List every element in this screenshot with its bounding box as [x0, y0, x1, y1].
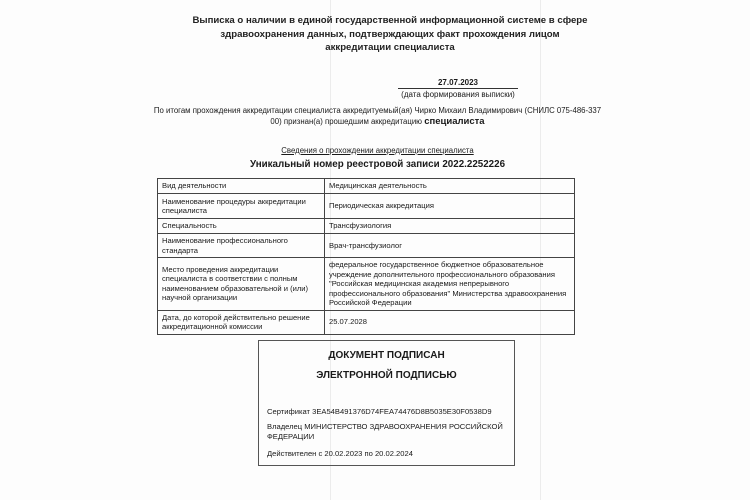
- certificate-number: Сертификат 3EA54B491376D74FEA74476D8B503…: [267, 407, 507, 417]
- row-key: Вид деятельности: [158, 179, 325, 194]
- row-key: Наименование процедуры аккредитации спец…: [158, 194, 325, 219]
- row-value: федеральное государственное бюджетное об…: [325, 258, 575, 311]
- table-row: Наименование процедуры аккредитации спец…: [158, 194, 575, 219]
- section-heading: Сведения о прохождении аккредитации спец…: [150, 146, 605, 155]
- electronic-signature-stamp: ДОКУМЕНТ ПОДПИСАН ЭЛЕКТРОННОЙ ПОДПИСЬЮ С…: [258, 340, 515, 466]
- intro-emphasis: специалиста: [424, 116, 484, 127]
- table-row: Наименование профессионального стандарта…: [158, 234, 575, 258]
- scanned-document-page: Выписка о наличии в единой государственн…: [0, 0, 750, 500]
- intro-text: По итогам прохождения аккредитации специ…: [154, 106, 601, 126]
- document-title: Выписка о наличии в единой государственн…: [190, 14, 590, 55]
- row-key: Специальность: [158, 219, 325, 234]
- date-block: 27.07.2023 (дата формирования выписки): [398, 78, 518, 99]
- row-key: Дата, до которой действительно решение а…: [158, 310, 325, 334]
- accreditation-table: Вид деятельности Медицинская деятельност…: [157, 178, 575, 335]
- issue-date: 27.07.2023: [398, 78, 518, 89]
- row-value: Периодическая аккредитация: [325, 194, 575, 219]
- registry-number: Уникальный номер реестровой записи 2022.…: [150, 159, 605, 170]
- certificate-validity: Действителен с 20.02.2023 по 20.02.2024: [267, 449, 507, 459]
- row-key: Наименование профессионального стандарта: [158, 234, 325, 258]
- row-value: Врач-трансфузиолог: [325, 234, 575, 258]
- table-row: Место проведения аккредитации специалист…: [158, 258, 575, 311]
- row-value: 25.07.2028: [325, 310, 575, 334]
- row-value: Медицинская деятельность: [325, 179, 575, 194]
- certificate-owner: Владелец МИНИСТЕРСТВО ЗДРАВООХРАНЕНИЯ РО…: [267, 422, 507, 442]
- intro-paragraph: По итогам прохождения аккредитации специ…: [150, 105, 605, 127]
- signature-heading: ДОКУМЕНТ ПОДПИСАН: [259, 350, 514, 361]
- table-row: Специальность Трансфузиология: [158, 219, 575, 234]
- table-row: Вид деятельности Медицинская деятельност…: [158, 179, 575, 194]
- row-key: Место проведения аккредитации специалист…: [158, 258, 325, 311]
- issue-date-caption: (дата формирования выписки): [398, 90, 518, 99]
- table-row: Дата, до которой действительно решение а…: [158, 310, 575, 334]
- signature-subheading: ЭЛЕКТРОННОЙ ПОДПИСЬЮ: [259, 370, 514, 381]
- row-value: Трансфузиология: [325, 219, 575, 234]
